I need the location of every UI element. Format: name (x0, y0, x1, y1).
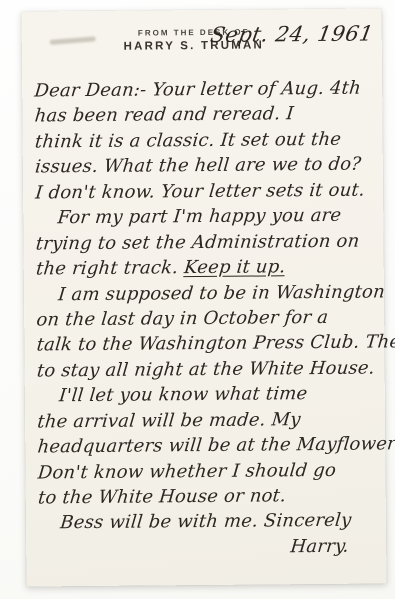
letter-line: For my part I'm happy you are (56, 203, 381, 231)
letter-line: I'll let you know what time (58, 381, 383, 409)
handwritten-date: Sept. 24, 1961 (209, 21, 376, 46)
letter-line: to the White House or not. (37, 482, 384, 510)
letter-line: the arrival will be made. My (36, 406, 383, 434)
letter-line: I don't know. Your letter sets it out. (34, 177, 381, 205)
letter-line: Don't know whether I should go (37, 457, 384, 485)
letter-line: to stay all night at the White House. (36, 355, 383, 383)
letter-line: the right track. Keep it up. (35, 254, 382, 282)
letter-line: trying to set the Administration on (35, 228, 382, 256)
underlined-phrase: Keep it up. (183, 256, 286, 278)
letter-line: I am supposed to be in Washington (57, 279, 382, 307)
letter-line: headquarters will be at the Mayflower. (36, 432, 383, 460)
letter-paper: FROM THE DESK OF HARRY S. TRUMAN Sept. 2… (21, 8, 386, 586)
letter-line: Dear Dean:- Your letter of Aug. 4th (33, 75, 380, 103)
signature-line: Harry. (289, 533, 384, 559)
photo-backdrop: FROM THE DESK OF HARRY S. TRUMAN Sept. 2… (0, 0, 395, 599)
letter-line: talk to the Washington Press Club. Then (36, 330, 383, 358)
letter-line: think it is a classic. It set out the (34, 126, 381, 154)
letter-body: Dear Dean:- Your letter of Aug. 4thhas b… (33, 75, 382, 561)
letter-line: Bess will be with me. Sincerely (59, 508, 384, 536)
letter-line: issues. What the hell are we to do? (34, 152, 381, 180)
letter-line: on the last day in October for a (35, 304, 382, 332)
letter-line: has been read and reread. I (34, 101, 381, 129)
